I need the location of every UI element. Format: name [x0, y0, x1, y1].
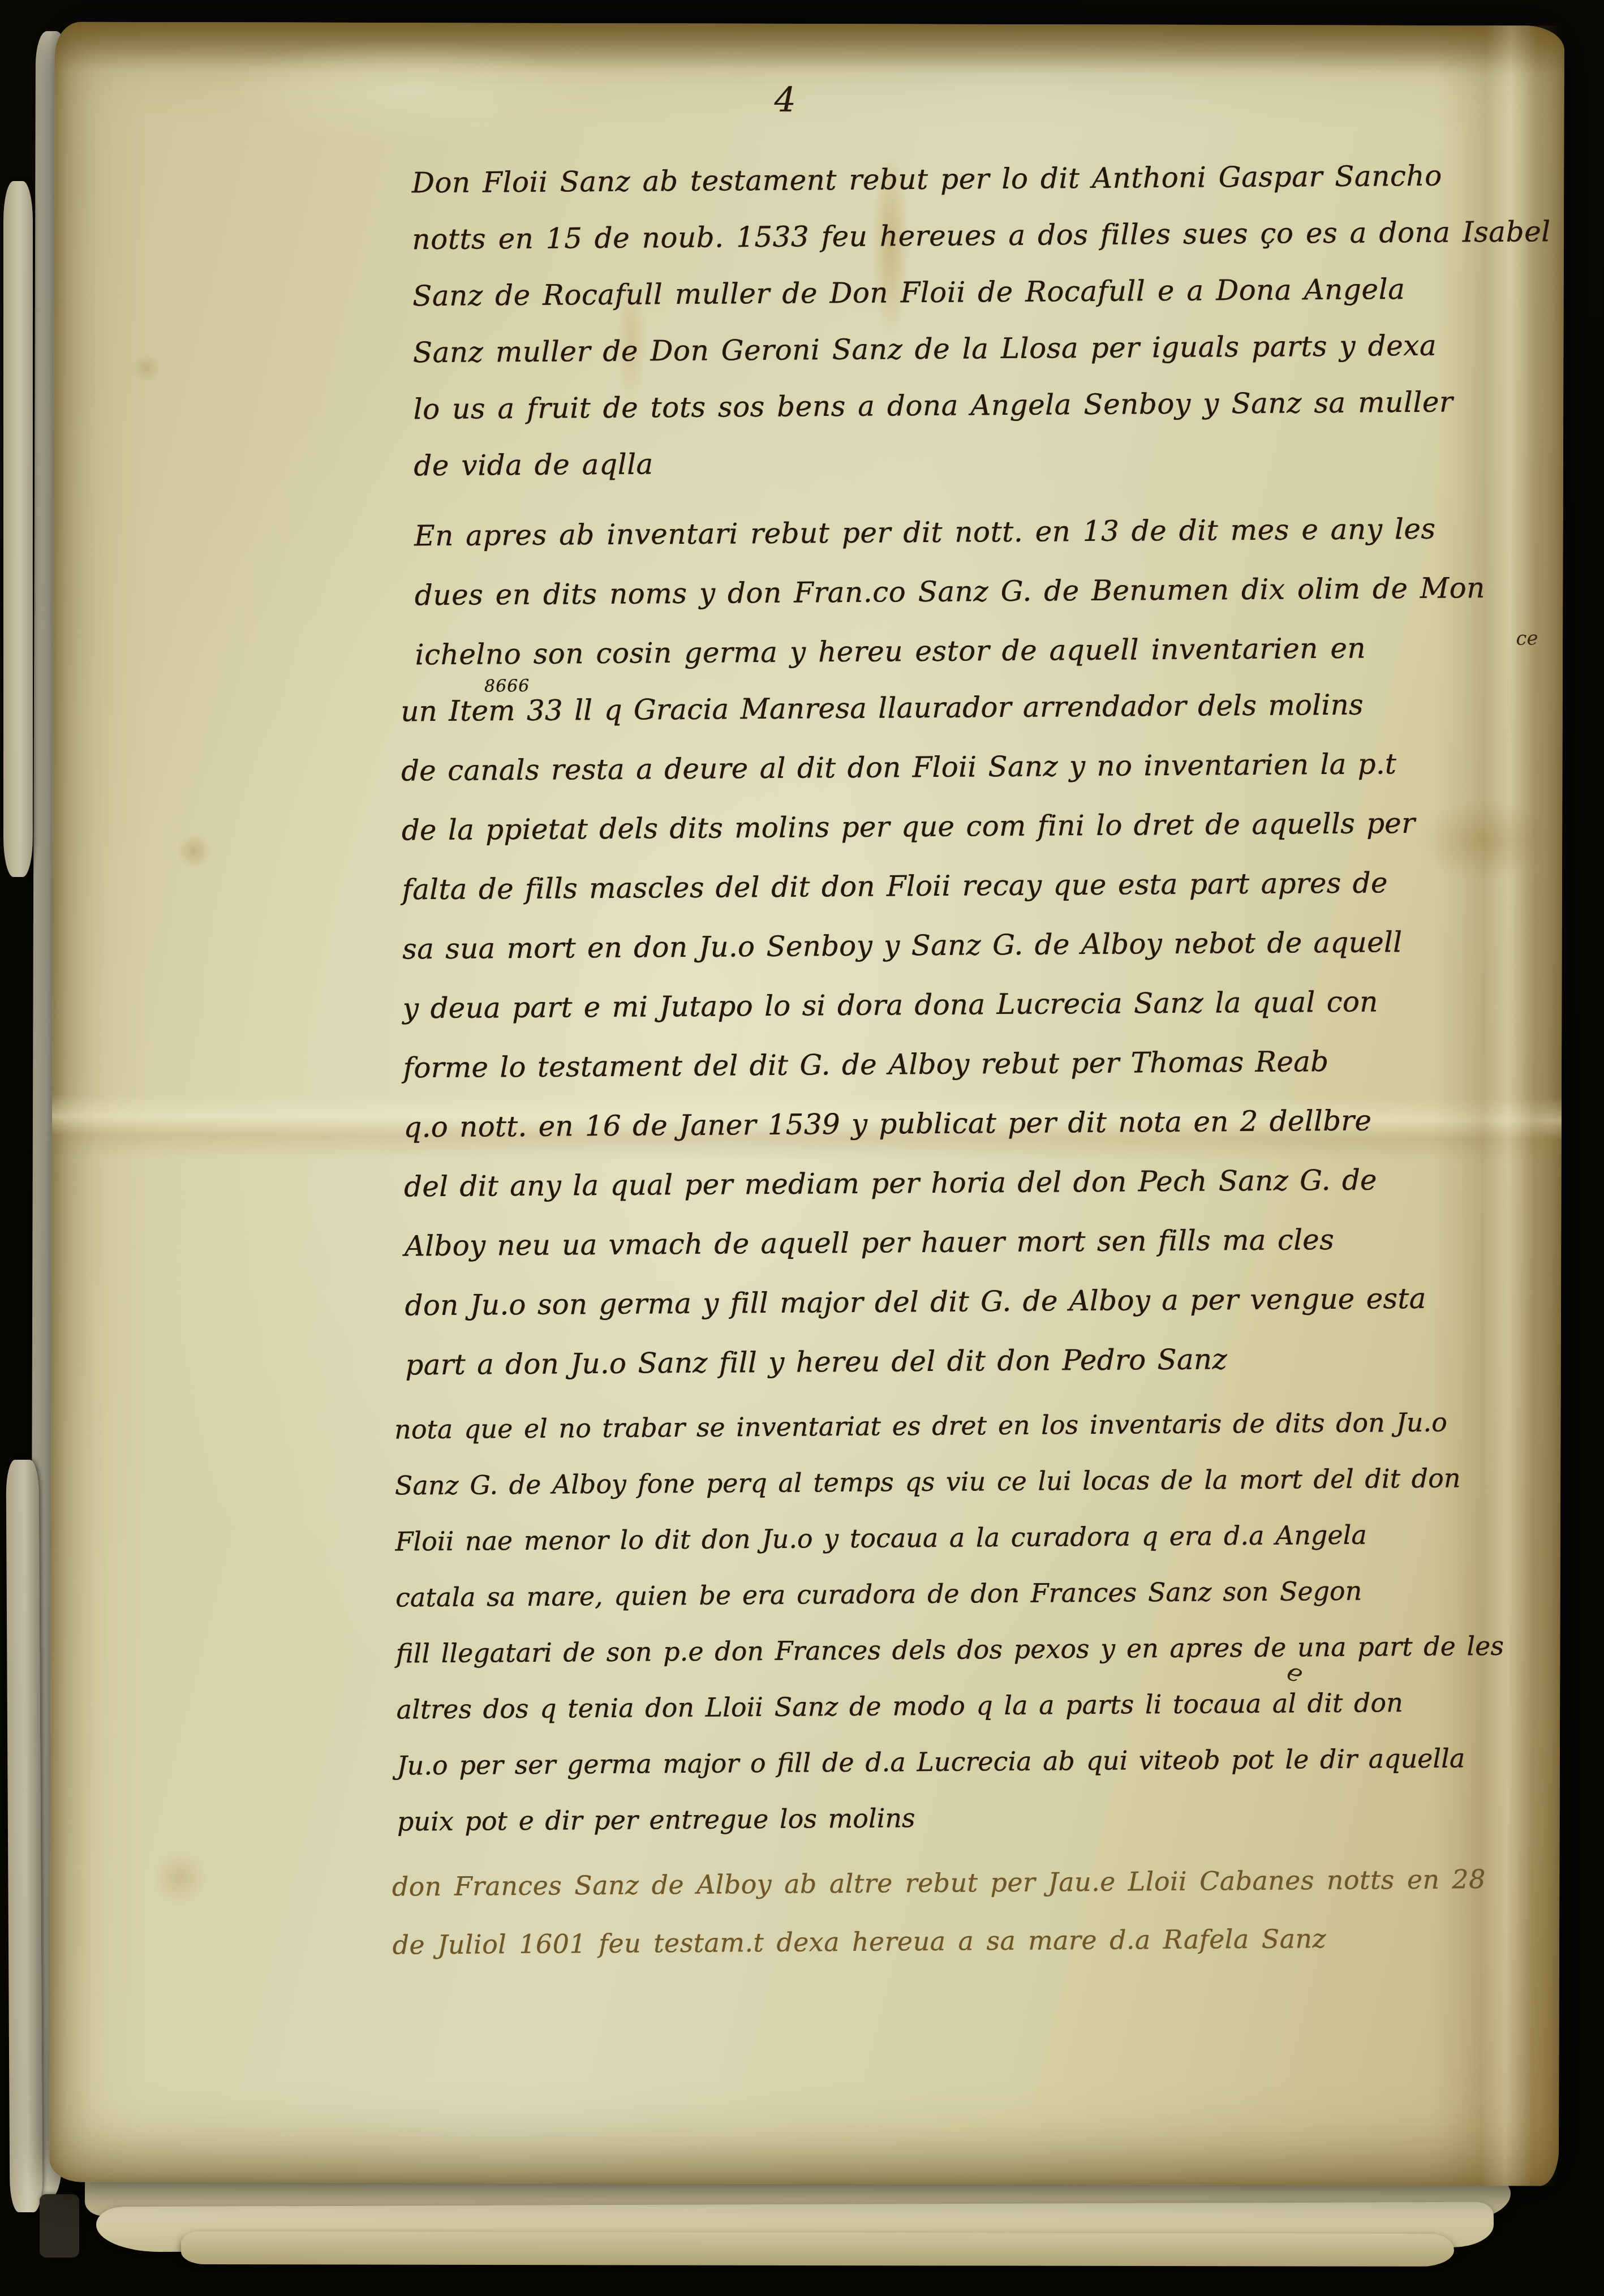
manuscript-line: En apres ab inventari rebut per dit nott… — [414, 499, 1485, 566]
manuscript-line: de Juliol 1601 feu testam.t dexa hereua … — [392, 1908, 1486, 1974]
margin-note: ce — [1516, 627, 1538, 650]
manuscript-line: q.o nott. en 16 de Janer 1539 y publicat… — [403, 1091, 1425, 1158]
manuscript-line: Sanz de Rocafull muller de Don Floii de … — [412, 260, 1551, 324]
manuscript-line: Sanz muller de Don Geroni Sanz de la Llo… — [413, 316, 1552, 381]
paragraph-testament: Don Floii Sanz ab testament rebut per lo… — [411, 147, 1552, 494]
manuscript-line: de canals resta a deure al dit don Floii… — [401, 734, 1423, 801]
manuscript-line: altres dos q tenia don Lloii Sanz de mod… — [396, 1674, 1504, 1738]
manuscript-line: Don Floii Sanz ab testament rebut per lo… — [411, 147, 1550, 211]
manuscript-line: part a don Ju.o Sanz fill y hereu del di… — [405, 1328, 1427, 1395]
manuscript-line: fill llegatari de son p.e don Frances de… — [396, 1618, 1504, 1682]
stacked-sheet-edge — [181, 2231, 1454, 2267]
manuscript-line: y deua part e mi Jutapo lo si dora dona … — [403, 972, 1425, 1039]
manuscript-line: ichelno son cosin germa y hereu estor de… — [415, 618, 1486, 685]
underlying-page-edge — [3, 181, 33, 877]
interlinear-number: 8666 — [484, 656, 530, 716]
manuscript-line: dues en dits noms y don Fran.co Sanz G. … — [415, 558, 1486, 625]
paragraph-final-faded: don Frances Sanz de Alboy ab altre rebut… — [392, 1850, 1486, 1974]
manuscript-line: catala sa mare, quien be era curadora de… — [395, 1562, 1504, 1626]
binding-shadow — [40, 2194, 79, 2258]
manuscript-line: forme lo testament del dit G. de Alboy r… — [403, 1031, 1425, 1098]
handwritten-text: Don Floii Sanz ab testament rebut per lo… — [44, 13, 1569, 2184]
manuscript-line: sa sua mort en don Ju.o Senboy y Sanz G.… — [402, 913, 1424, 979]
manuscript-line: Floii nae menor lo dit don Ju.o y tocaua… — [395, 1506, 1503, 1570]
manuscript-scan: 4 Don Floii Sanz ab testament rebut per … — [0, 0, 1604, 2296]
manuscript-line: Ju.o per ser germa major o fill de d.a L… — [397, 1730, 1505, 1794]
paragraph-inventari: En apres ab inventari rebut per dit nott… — [414, 499, 1486, 685]
manuscript-line: de vida de aqlla — [414, 429, 1553, 494]
paragraph-item: 8666 un Item 33 ll q Gracia Manresa llau… — [401, 675, 1427, 1395]
manuscript-line: lo us a fruit de tots sos bens a dona An… — [413, 373, 1552, 437]
underlying-page-edge — [6, 1460, 43, 2212]
manuscript-line: don Ju.o son germa y fill major del dit … — [405, 1269, 1426, 1336]
manuscript-line: falta de fills mascles del dit don Floii… — [402, 853, 1424, 920]
manuscript-line: del dit any la qual per mediam per horia… — [404, 1150, 1426, 1217]
manuscript-line: puix pot e dir per entregue los molins — [397, 1786, 1506, 1850]
manuscript-page: 4 Don Floii Sanz ab testament rebut per … — [49, 22, 1564, 2186]
paragraph-nota: nota que el no trabar se inventariat es … — [394, 1394, 1506, 1850]
manuscript-line: notts en 15 de noub. 1533 feu hereues a … — [412, 203, 1551, 268]
manuscript-line: Sanz G. de Alboy fone perq al temps qs v… — [395, 1450, 1503, 1514]
manuscript-line: don Frances Sanz de Alboy ab altre rebut… — [392, 1850, 1486, 1916]
manuscript-line: Alboy neu ua vmach de aquell per hauer m… — [405, 1210, 1426, 1276]
manuscript-line: nota que el no trabar se inventariat es … — [394, 1394, 1503, 1458]
manuscript-line: un Item 33 ll q Gracia Manresa llaurador… — [401, 675, 1422, 742]
manuscript-line: de la ppietat dels dits molins per que c… — [401, 794, 1423, 861]
